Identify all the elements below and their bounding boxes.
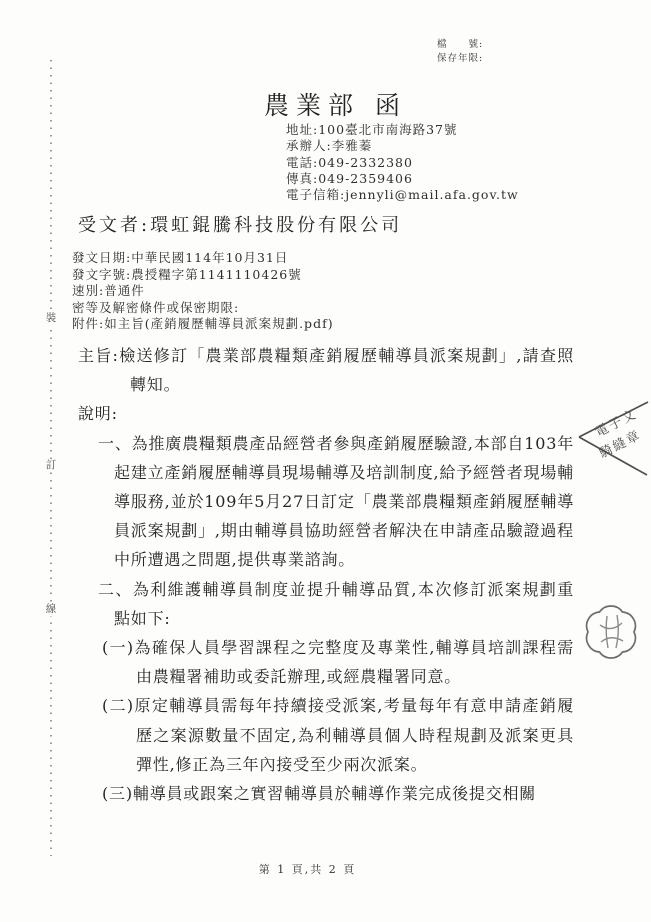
sender-email: 電子信箱:jennyli@mail.afa.gov.tw [286, 187, 519, 203]
paragraph-marker: 一、 [98, 434, 132, 453]
priority: 速別:普通件 [72, 283, 334, 300]
document-title: 農業部 函 [0, 86, 651, 122]
doc-number: 發文字號:農授糧字第1141110426號 [72, 267, 334, 284]
sender-phone: 電話:049-2332380 [286, 155, 519, 171]
paragraph-marker: (三) [102, 784, 133, 803]
paragraph-text: 原定輔導員需每年持續接受派案,考量每年有意申請產銷履歷之案源數量不固定,為利輔導… [134, 696, 574, 773]
archive-block: 檔 號: 保存年限: [437, 38, 483, 65]
page-footer: 第 1 頁,共 2 頁 [0, 861, 615, 877]
flower-seal-icon [584, 596, 642, 668]
paragraph-marker: (二) [102, 696, 134, 715]
sender-contact-person: 承辦人:李雅蓁 [286, 138, 519, 154]
paragraph-text: 為利維護輔導員制度並提升輔導品質,本次修訂派案規劃重點如下: [114, 580, 574, 628]
body-paragraph: 一、為推廣農糧類農產品經營者參與產銷履歷驗證,本部自103年起建立產銷履歷輔導員… [78, 429, 574, 575]
meta-block: 發文日期:中華民國114年10月31日 發文字號:農授糧字第1141110426… [72, 250, 334, 333]
sender-info-block: 地址:100臺北市南海路37號 承辦人:李雅蓁 電話:049-2332380 傳… [286, 122, 519, 203]
explanation-heading: 說明: [78, 399, 574, 428]
edge-seam-stamp-icon: 電子文 騎縫章 [576, 396, 651, 480]
subject-paragraph: 主旨:檢送修訂「農業部農糧類產銷履歷輔導員派案規劃」,請查照轉知。 [78, 341, 574, 399]
subject-text: 檢送修訂「農業部農糧類產銷履歷輔導員派案規劃」,請查照轉知。 [119, 346, 574, 394]
file-number-label: 檔 號: [437, 38, 483, 52]
body-paragraph: (一)為確保人員學習課程之完整度及專業性,輔導員培訓課程需由農糧署補助或委託辦理… [78, 633, 574, 691]
issue-date: 發文日期:中華民國114年10月31日 [72, 250, 334, 267]
binding-mark-ding: 訂 [41, 459, 61, 472]
paragraph-text: 為推廣農糧類農產品經營者參與產銷履歷驗證,本部自103年起建立產銷履歷輔導員現場… [114, 434, 574, 570]
paragraph-text: 輔導員或跟案之實習輔導員於輔導作業完成後提交相關 [133, 784, 536, 803]
paragraph-text: 為確保人員學習課程之完整度及專業性,輔導員培訓課程需由農糧署補助或委託辦理,或經… [134, 638, 574, 686]
sender-fax: 傳真:049-2359406 [286, 171, 519, 187]
recipient-line: 受文者:環虹錕騰科技股份有限公司 [78, 211, 402, 237]
binding-dotted-line [50, 60, 52, 856]
security-level: 密等及解密條件或保密期限: [72, 300, 334, 317]
paragraph-marker: (一) [102, 638, 134, 657]
binding-mark-xian: 線 [41, 603, 61, 616]
attachment-note: 附件:如主旨(產銷履歷輔導員派案規劃.pdf) [72, 316, 334, 333]
body-paragraph: 二、為利維護輔導員制度並提升輔導品質,本次修訂派案規劃重點如下: [78, 575, 574, 633]
body-paragraph: (二)原定輔導員需每年持續接受派案,考量每年有意申請產銷履歷之案源數量不固定,為… [78, 691, 574, 779]
subject-label: 主旨: [78, 346, 119, 365]
official-letter-page: 檔 號: 保存年限: 農業部 函 地址:100臺北市南海路37號 承辦人:李雅蓁… [0, 0, 651, 922]
paragraph-marker: 二、 [98, 580, 133, 599]
letter-body: 主旨:檢送修訂「農業部農糧類產銷履歷輔導員派案規劃」,請查照轉知。 說明: 一、… [78, 341, 574, 808]
sender-address: 地址:100臺北市南海路37號 [286, 122, 519, 138]
body-paragraph: (三)輔導員或跟案之實習輔導員於輔導作業完成後提交相關 [78, 779, 574, 808]
retention-period-label: 保存年限: [437, 52, 483, 66]
binding-mark-zhuang: 裝 [41, 312, 61, 325]
